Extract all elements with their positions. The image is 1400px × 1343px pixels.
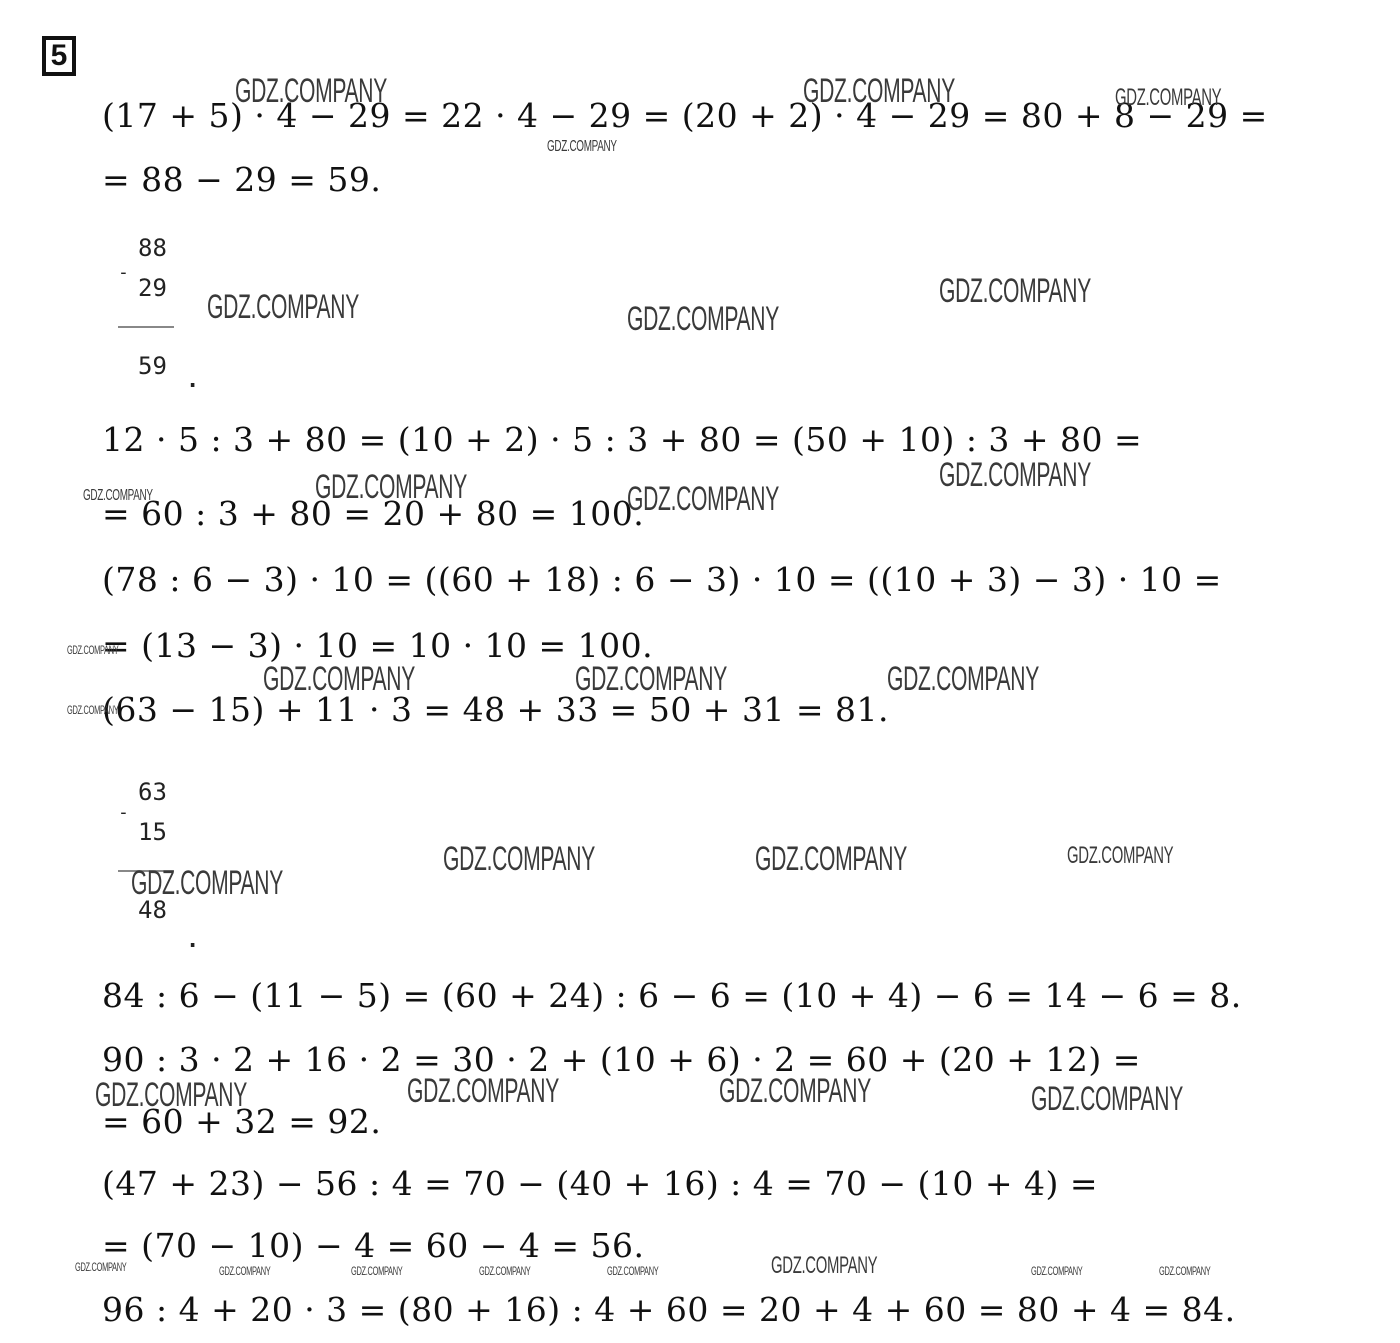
difference: 59 — [138, 352, 167, 380]
watermark: GDZ.COMPANY — [351, 1264, 402, 1278]
watermark: GDZ.COMPANY — [95, 1076, 247, 1115]
watermark: GDZ.COMPANY — [315, 468, 467, 507]
watermark: GDZ.COMPANY — [67, 703, 118, 717]
watermark: GDZ.COMPANY — [803, 72, 955, 111]
equation-line: = 88 − 29 = 59. — [102, 160, 381, 199]
watermark: GDZ.COMPANY — [83, 487, 153, 505]
subtrahend: 29 — [138, 274, 167, 302]
watermark: GDZ.COMPANY — [887, 660, 1039, 699]
watermark: GDZ.COMPANY — [1031, 1080, 1183, 1119]
task-number-badge: 5 — [42, 36, 76, 76]
equation-line: (63 − 15) + 11 · 3 = 48 + 33 = 50 + 31 =… — [102, 690, 889, 729]
minus-sign: - — [118, 262, 129, 283]
minus-sign: - — [118, 802, 129, 823]
watermark: GDZ.COMPANY — [627, 300, 779, 339]
watermark: GDZ.COMPANY — [263, 660, 415, 699]
watermark: GDZ.COMPANY — [443, 840, 595, 879]
watermark: GDZ.COMPANY — [719, 1072, 871, 1111]
column-subtraction: 88 - 29 59 . — [100, 234, 220, 394]
equation-line: 96 : 4 + 20 · 3 = (80 + 16) : 4 + 60 = 2… — [102, 1290, 1236, 1329]
watermark: GDZ.COMPANY — [1067, 842, 1173, 870]
watermark: GDZ.COMPANY — [1159, 1264, 1210, 1278]
watermark: GDZ.COMPANY — [407, 1072, 559, 1111]
watermark: GDZ.COMPANY — [1115, 84, 1221, 112]
watermark: GDZ.COMPANY — [67, 643, 118, 657]
watermark: GDZ.COMPANY — [771, 1252, 877, 1280]
watermark: GDZ.COMPANY — [1031, 1264, 1082, 1278]
watermark: GDZ.COMPANY — [479, 1264, 530, 1278]
watermark: GDZ.COMPANY — [755, 840, 907, 879]
watermark: GDZ.COMPANY — [235, 72, 387, 111]
subtrahend: 15 — [138, 818, 167, 846]
minuend: 63 — [138, 778, 167, 806]
period: . — [186, 928, 199, 953]
watermark: GDZ.COMPANY — [547, 138, 617, 156]
equation-line: 12 · 5 : 3 + 80 = (10 + 2) · 5 : 3 + 80 … — [102, 420, 1142, 459]
equation-line: (47 + 23) − 56 : 4 = 70 − (40 + 16) : 4 … — [102, 1164, 1098, 1203]
equation-line: (78 : 6 − 3) · 10 = ((60 + 18) : 6 − 3) … — [102, 560, 1222, 599]
period: . — [186, 368, 199, 393]
minuend: 88 — [138, 234, 167, 262]
watermark: GDZ.COMPANY — [627, 480, 779, 519]
equation-line: 90 : 3 · 2 + 16 · 2 = 30 · 2 + (10 + 6) … — [102, 1040, 1141, 1079]
watermark: GDZ.COMPANY — [575, 660, 727, 699]
watermark: GDZ.COMPANY — [75, 1260, 126, 1274]
equation-line: 84 : 6 − (11 − 5) = (60 + 24) : 6 − 6 = … — [102, 976, 1242, 1015]
watermark: GDZ.COMPANY — [939, 272, 1091, 311]
watermark: GDZ.COMPANY — [607, 1264, 658, 1278]
equation-line: = (70 − 10) − 4 = 60 − 4 = 56. — [102, 1226, 644, 1265]
watermark: GDZ.COMPANY — [131, 864, 283, 903]
watermark: GDZ.COMPANY — [219, 1264, 270, 1278]
watermark: GDZ.COMPANY — [939, 456, 1091, 495]
watermark: GDZ.COMPANY — [207, 288, 359, 327]
result-line — [118, 326, 174, 328]
